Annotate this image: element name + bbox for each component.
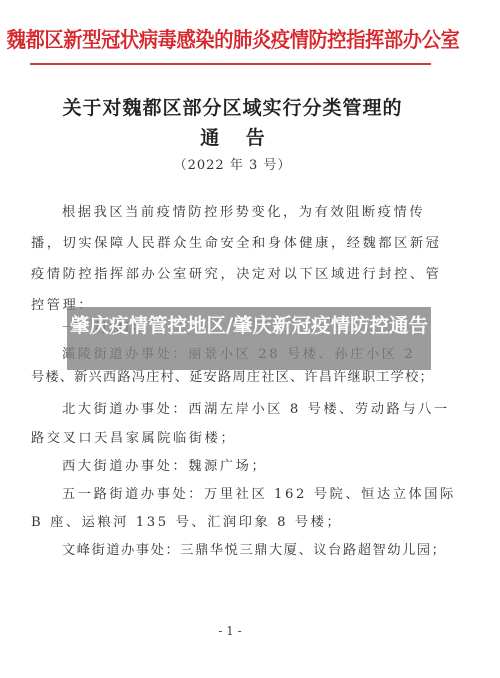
- intro-line: 疫情防控指挥部办公室研究，决定对以下区域进行封控、管: [31, 263, 441, 282]
- page-number: - 1 -: [0, 624, 460, 638]
- body-line: 西大街道办事处：魏源广场；: [62, 455, 267, 474]
- document-title: 关于对魏都区部分区域实行分类管理的: [60, 93, 405, 120]
- caption-overlay-text: 肇庆疫情管控地区/肇庆新冠疫情防控通告: [67, 307, 431, 340]
- body-line: 五一路街道办事处：万里社区 162 号院、恒达立体国际: [62, 483, 456, 502]
- document-number: （2022 年 3 号）: [60, 154, 405, 173]
- document-title-notice: 通 告: [60, 123, 405, 150]
- intro-line: 根据我区当前疫情防控形势变化，为有效阻断疫情传: [62, 201, 425, 220]
- issuer-header: 魏都区新型冠状病毒感染的肺炎疫情防控指挥部办公室: [3, 24, 463, 54]
- body-line: 文峰街道办事处：三鼎华悦三鼎大厦、议台路超智幼儿园；: [62, 539, 446, 558]
- body-line: B 座、运粮河 135 号、汇润印象 8 号楼；: [31, 511, 342, 530]
- body-line: 北大街道办事处：西湖左岸小区 8 号楼、劳动路与八一: [62, 398, 450, 417]
- red-divider-rule: [30, 63, 431, 65]
- intro-line: 播，切实保障人民群众生命安全和身体健康，经魏都区新冠: [31, 232, 441, 251]
- body-line: 路交叉口天昌家属院临街楼；: [31, 427, 236, 446]
